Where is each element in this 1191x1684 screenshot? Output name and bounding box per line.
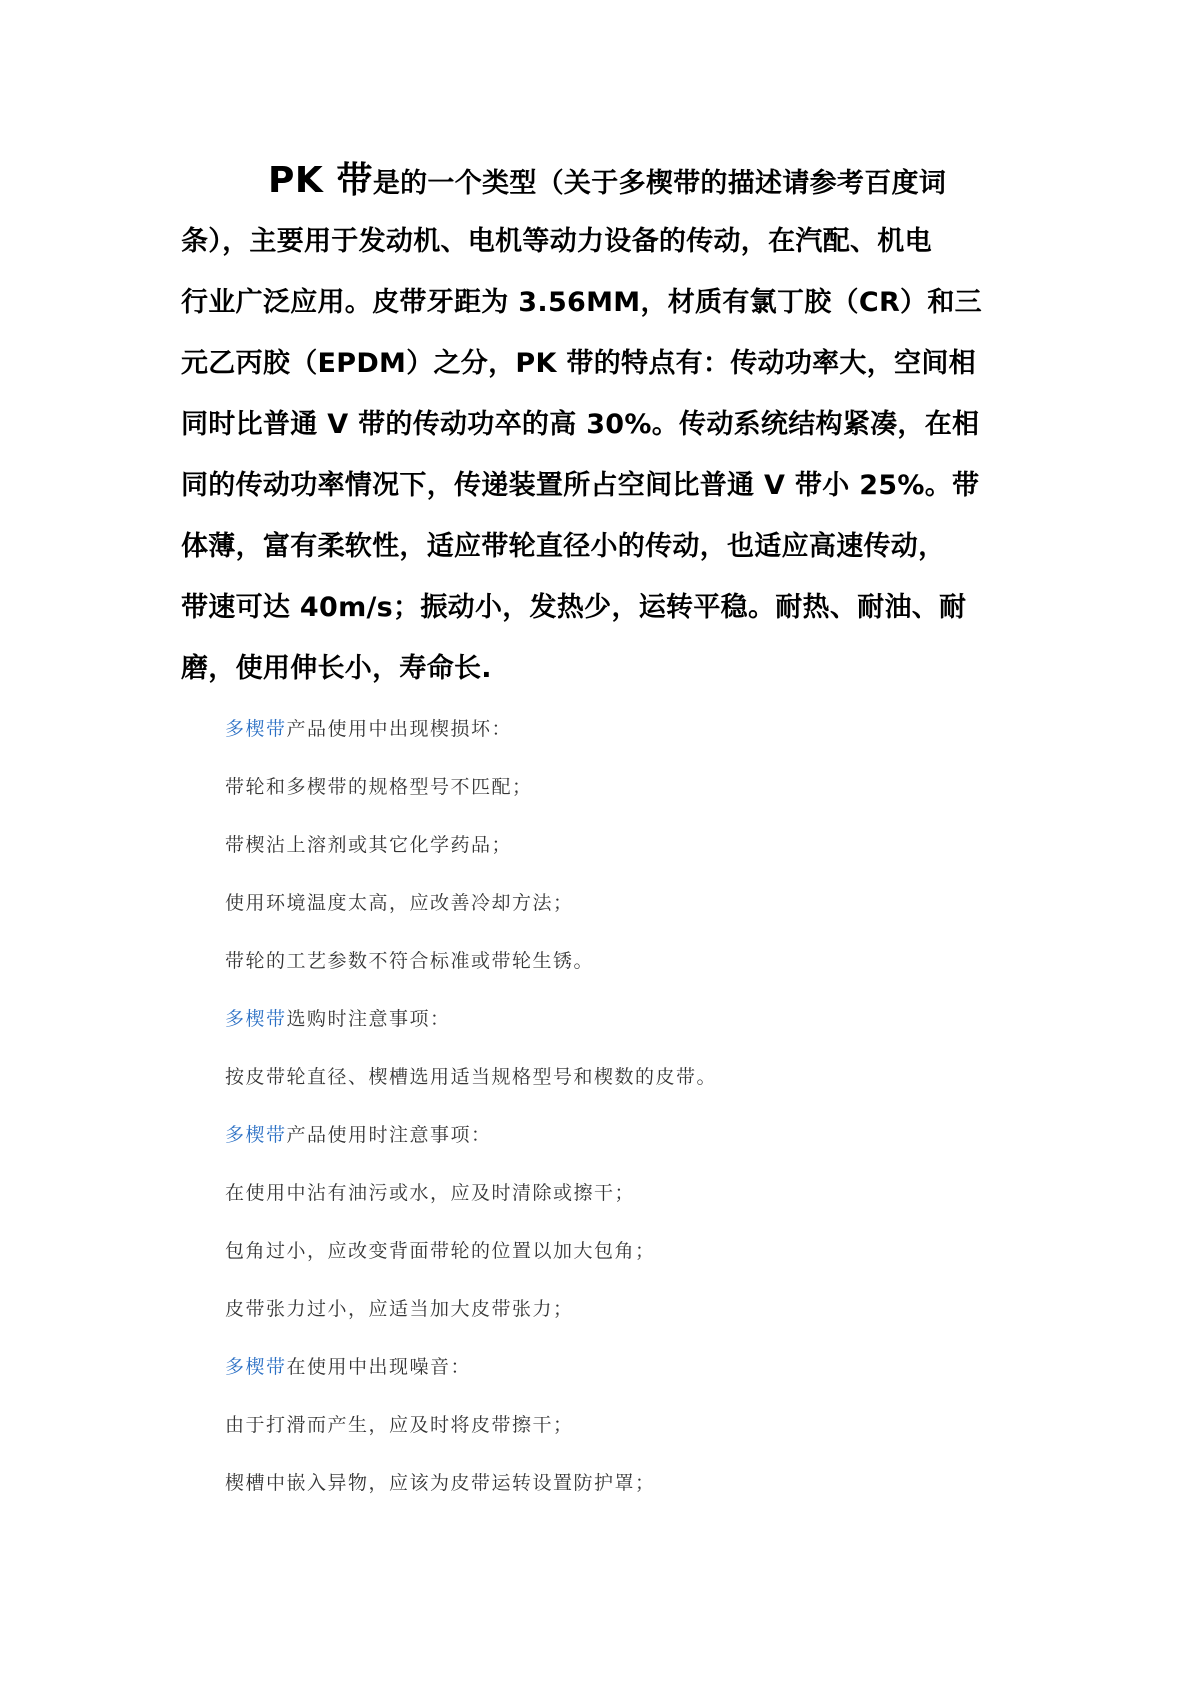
intro-line: 同的传动功率情况下，传递装置所占空间比普通 V 带小 25%。带 [181,455,1021,517]
note-item: 带轮的工艺参数不符合标准或带轮生锈。 [225,946,594,976]
note-text: 在使用中出现噪音： [287,1356,472,1378]
term-link[interactable]: 多楔带 [225,1008,287,1030]
intro-line: 磨，使用伸长小，寿命长. [181,638,1021,700]
note-heading-purchase: 多楔带选购时注意事项： [225,1004,451,1034]
note-item: 按皮带轮直径、楔槽选用适当规格型号和楔数的皮带。 [225,1062,717,1092]
note-item: 楔槽中嵌入异物，应该为皮带运转设置防护罩； [225,1468,656,1498]
note-item: 在使用中沾有油污或水，应及时清除或擦干； [225,1178,635,1208]
note-item: 使用环境温度太高，应改善冷却方法； [225,888,574,918]
note-item: 皮带张力过小，应适当加大皮带张力； [225,1294,574,1324]
note-text: 选购时注意事项： [287,1008,451,1030]
note-text: 产品使用时注意事项： [287,1124,492,1146]
note-item: 由于打滑而产生，应及时将皮带擦干； [225,1410,574,1440]
note-item: 包角过小，应改变背面带轮的位置以加大包角； [225,1236,656,1266]
note-heading-damage: 多楔带产品使用中出现楔损坏： [225,714,512,744]
intro-line: 条），主要用于发动机、电机等动力设备的传动，在汽配、机电 [181,211,1021,273]
lead-term: PK 带 [268,160,373,201]
intro-line: 带速可达 40m/s；振动小，发热少，运转平稳。耐热、耐油、耐 [181,577,1021,639]
intro-line: 行业广泛应用。皮带牙距为 3.56MM，材质有氯丁胶（CR）和三 [181,272,1021,334]
intro-line: 元乙丙胶（EPDM）之分，PK 带的特点有：传动功率大，空间相 [181,333,1021,395]
intro-line: PK 带是的一个类型（关于多楔带的描述请参考百度词 [268,150,1021,212]
term-link[interactable]: 多楔带 [225,718,287,740]
term-link[interactable]: 多楔带 [225,1356,287,1378]
intro-line: 体薄，富有柔软性，适应带轮直径小的传动，也适应高速传动， [181,516,1021,578]
document-page: PK 带是的一个类型（关于多楔带的描述请参考百度词 条），主要用于发动机、电机等… [0,0,1191,1684]
note-item: 带轮和多楔带的规格型号不匹配； [225,772,533,802]
note-heading-usage: 多楔带产品使用时注意事项： [225,1120,492,1150]
note-item: 带楔沾上溶剂或其它化学药品； [225,830,512,860]
intro-line-text: 是的一个类型（关于多楔带的描述请参考百度词 [373,168,946,199]
intro-line: 同时比普通 V 带的传动功卒的高 30%。传动系统结构紧凑，在相 [181,394,1021,456]
note-text: 产品使用中出现楔损坏： [287,718,513,740]
term-link[interactable]: 多楔带 [225,1124,287,1146]
note-heading-noise: 多楔带在使用中出现噪音： [225,1352,471,1382]
